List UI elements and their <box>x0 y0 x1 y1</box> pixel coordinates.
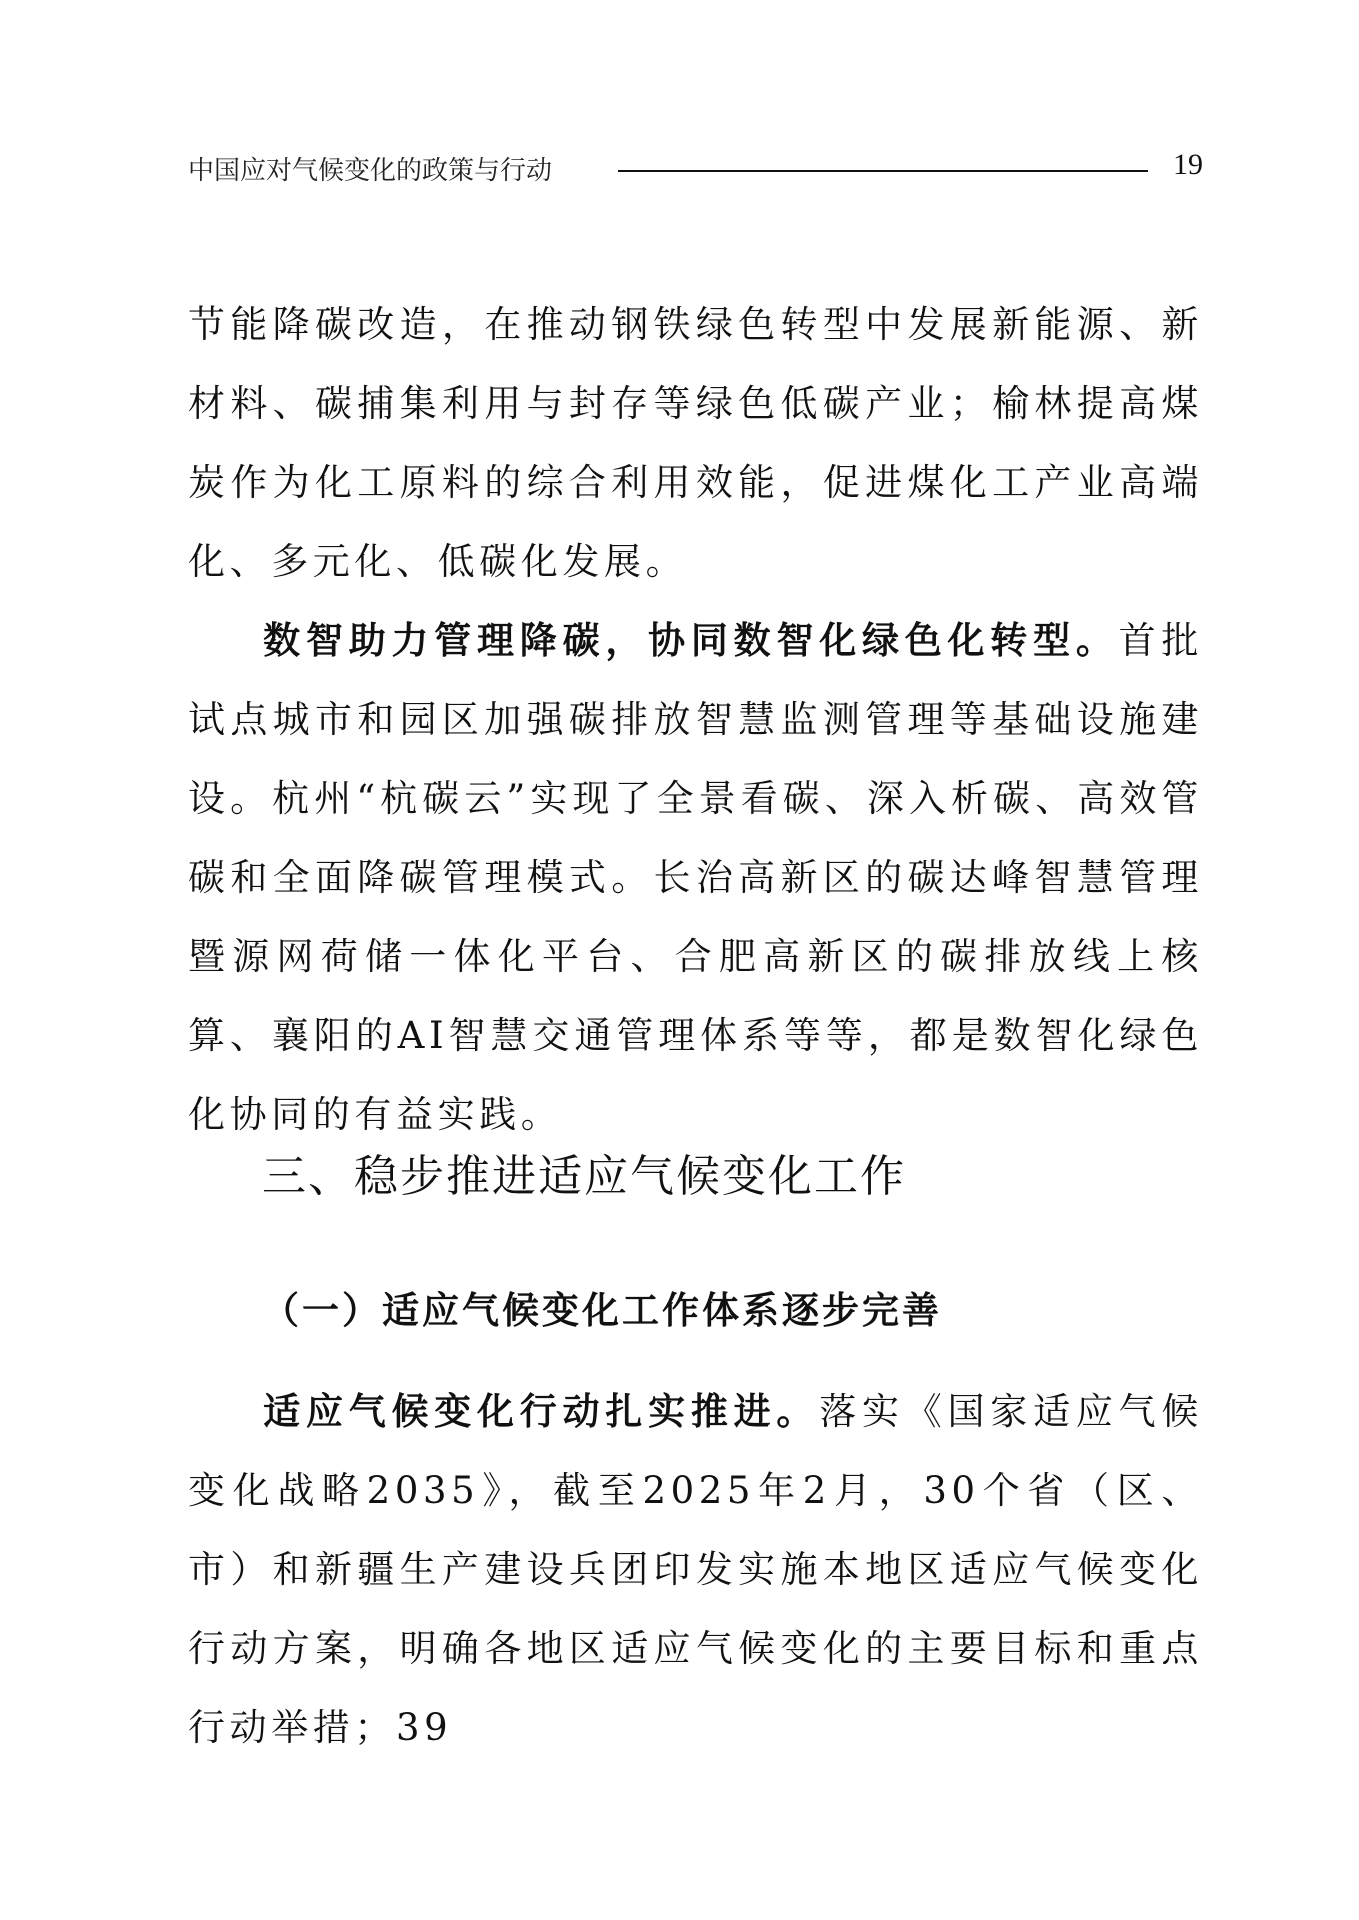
running-title: 中国应对气候变化的政策与行动 <box>188 150 552 187</box>
paragraph-text: 落实《国家适应气候变化战略2035》，截至2025年2月，30个省（区、市）和新… <box>188 1390 1203 1749</box>
paragraph-2: 数智助力管理降碳，协同数智化绿色化转型。首批试点城市和园区加强碳排放智慧监测管理… <box>188 601 1203 1154</box>
header-rule <box>618 170 1148 172</box>
paragraph-text: 首批试点城市和园区加强碳排放智慧监测管理等基础设施建设。杭州“杭碳云”实现了全景… <box>188 619 1203 1136</box>
paragraph-3: 适应气候变化行动扎实推进。落实《国家适应气候变化战略2035》，截至2025年2… <box>188 1372 1203 1767</box>
paragraph-lead: 适应气候变化行动扎实推进。 <box>262 1390 819 1433</box>
section-heading: 三、稳步推进适应气候变化工作 <box>262 1140 906 1204</box>
paragraph-text: 节能降碳改造，在推动钢铁绿色转型中发展新能源、新材料、碳捕集利用与封存等绿色低碳… <box>188 285 1203 601</box>
subsection-heading: （一）适应气候变化工作体系逐步完善 <box>262 1280 942 1334</box>
paragraph-lead: 数智助力管理降碳，协同数智化绿色化转型。 <box>262 619 1119 662</box>
page-number: 19 <box>1173 148 1203 182</box>
page-header: 中国应对气候变化的政策与行动 19 <box>188 148 1203 188</box>
paragraph-1: 节能降碳改造，在推动钢铁绿色转型中发展新能源、新材料、碳捕集利用与封存等绿色低碳… <box>188 285 1203 601</box>
